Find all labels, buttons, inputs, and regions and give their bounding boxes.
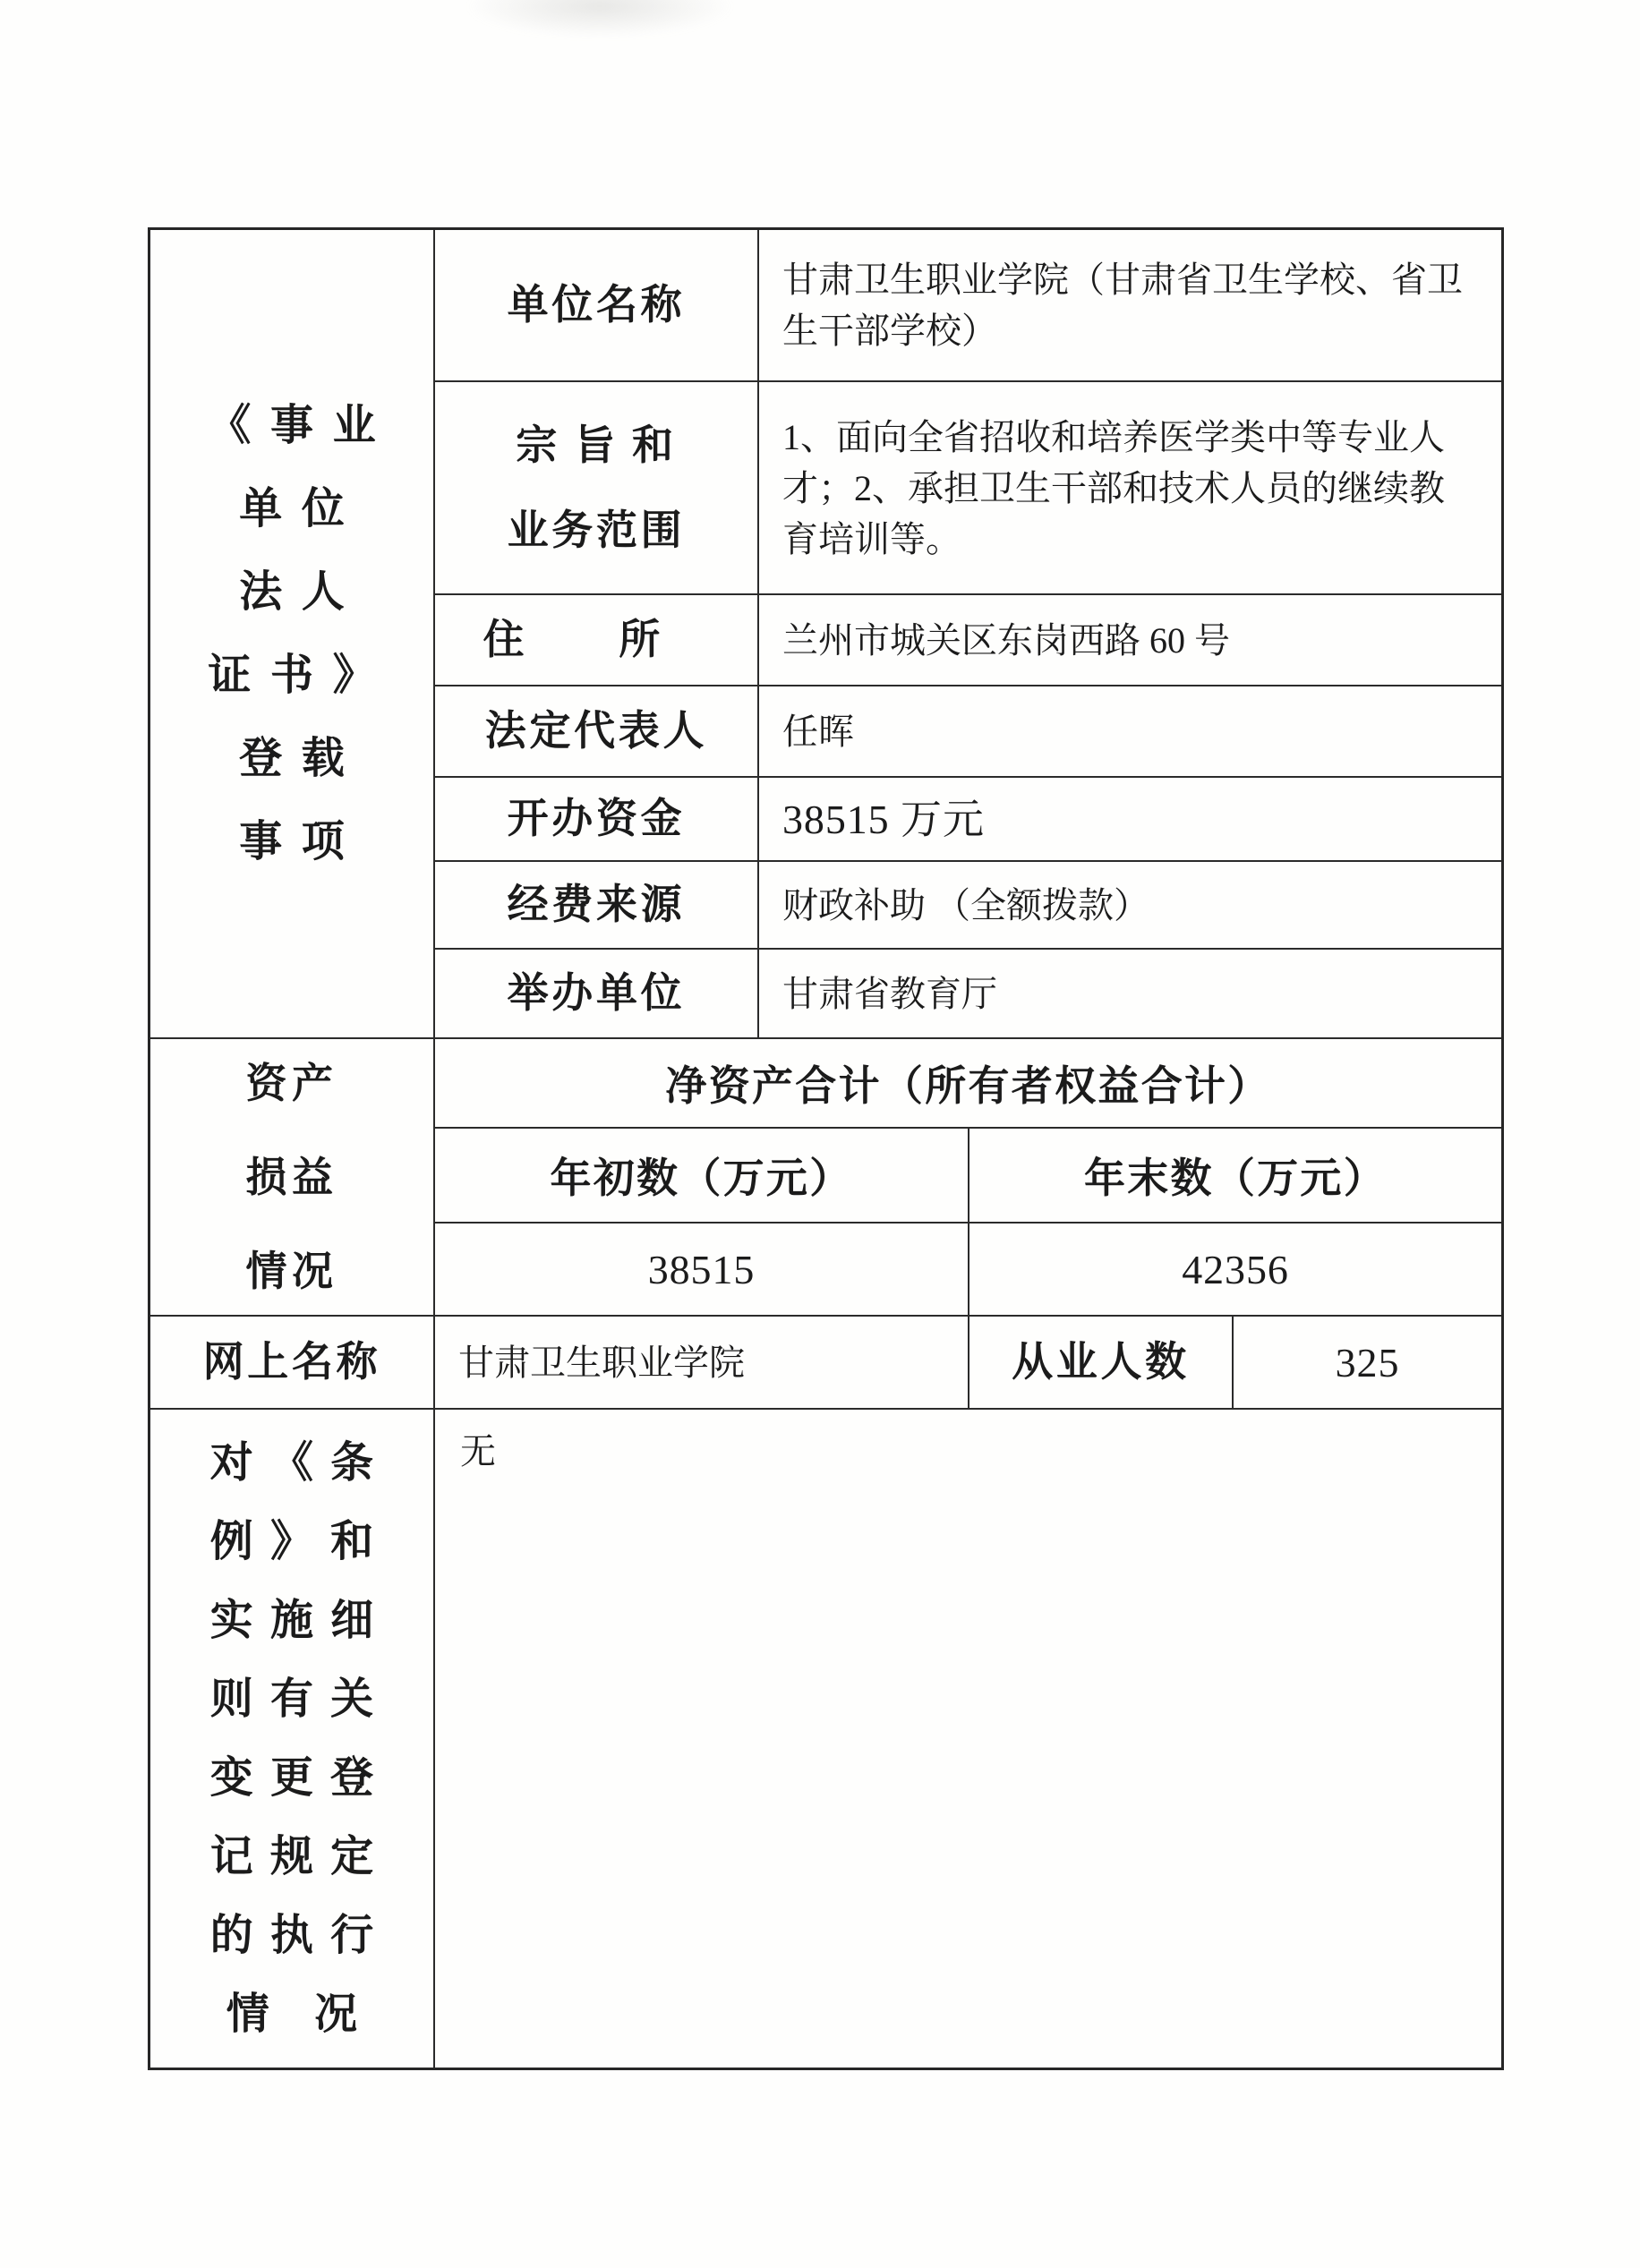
end-of-year-value-cell: 42356 xyxy=(969,1224,1501,1317)
staff-count-value-cell: 325 xyxy=(1234,1317,1501,1410)
mission-label-line: 宗 旨 和 xyxy=(516,403,676,488)
begin-of-year-value: 38515 xyxy=(648,1246,756,1293)
address-value-cell: 兰州市城关区东岗西路 60 号 xyxy=(759,595,1501,686)
compliance-header-line: 情 况 xyxy=(209,1975,375,2054)
online-name-value-cell: 甘肃卫生职业学院 xyxy=(435,1317,969,1410)
capital-value: 38515 万元 xyxy=(782,794,985,845)
scanner-smudge-artifact xyxy=(466,0,734,38)
cert-header-line: 登载 xyxy=(220,717,364,800)
mission-value: 1、面向全省招收和培养医学类中等专业人才；2、承担卫生干部和技术人员的继续教育培… xyxy=(782,412,1474,565)
unit-name-label: 单位名称 xyxy=(508,280,686,329)
address-label: 住所 xyxy=(438,615,755,664)
compliance-header-line: 对《条 xyxy=(193,1424,391,1503)
staff-count-label: 从业人数 xyxy=(1012,1337,1190,1386)
cert-header-line: 证书》 xyxy=(189,634,395,717)
funding-value-cell: 财政补助 （全额拨款） xyxy=(759,862,1501,950)
capital-value-cell: 38515 万元 xyxy=(759,778,1501,862)
funding-value: 财政补助 （全额拨款） xyxy=(782,880,1149,931)
net-assets-title: 净资产合计（所有者权益合计） xyxy=(665,1053,1270,1113)
compliance-value-cell: 无 xyxy=(435,1410,1501,2068)
end-of-year-value: 42356 xyxy=(1182,1246,1289,1293)
staff-count-value: 325 xyxy=(1336,1339,1400,1386)
address-value: 兰州市城关区东岗西路 60 号 xyxy=(782,615,1230,666)
cert-header-line: 《事业 xyxy=(189,384,395,467)
net-assets-title-cell: 净资产合计（所有者权益合计） xyxy=(435,1039,1501,1129)
compliance-header-line: 的执行 xyxy=(193,1897,391,1975)
online-name-value: 甘肃卫生职业学院 xyxy=(458,1337,745,1388)
cert-header-line: 事项 xyxy=(220,800,364,883)
legal-rep-label-cell: 法定代表人 xyxy=(435,686,759,778)
compliance-header-line: 例》和 xyxy=(193,1503,391,1582)
assets-header-line: 资产 xyxy=(245,1036,337,1130)
legal-rep-label: 法定代表人 xyxy=(485,706,707,755)
online-name-label: 网上名称 xyxy=(203,1337,381,1386)
unit-name-label-cell: 单位名称 xyxy=(435,230,759,382)
assets-header-line: 情况 xyxy=(245,1224,337,1318)
cert-items-header-cell: 《事业 单位 法人 证书》 登载 事项 xyxy=(150,230,435,1039)
end-of-year-label-cell: 年末数（万元） xyxy=(969,1129,1501,1224)
address-label-cell: 住所 xyxy=(435,595,759,686)
organizer-value: 甘肃省教育厅 xyxy=(782,968,997,1019)
mission-label-cell: 宗 旨 和 业务范围 xyxy=(435,382,759,595)
assets-header-line: 损益 xyxy=(245,1130,337,1224)
capital-label: 开办资金 xyxy=(508,794,686,843)
unit-name-value: 甘肃卫生职业学院（甘肃省卫生学校、省卫生干部学校） xyxy=(782,254,1474,356)
scanned-document-page: 《事业 单位 法人 证书》 登载 事项 单位名称 甘肃卫生职业学院（甘肃省卫生学… xyxy=(0,0,1640,2268)
compliance-header-cell: 对《条 例》和 实施细 则有关 变更登 记规定 的执行 情 况 xyxy=(150,1410,435,2068)
compliance-value: 无 xyxy=(460,1426,496,1477)
mission-label-line: 业务范围 xyxy=(508,488,686,573)
registration-form-table: 《事业 单位 法人 证书》 登载 事项 单位名称 甘肃卫生职业学院（甘肃省卫生学… xyxy=(148,227,1504,2070)
compliance-header-line: 变更登 xyxy=(193,1739,391,1818)
compliance-header-line: 记规定 xyxy=(193,1818,391,1897)
capital-label-cell: 开办资金 xyxy=(435,778,759,862)
organizer-value-cell: 甘肃省教育厅 xyxy=(759,950,1501,1039)
cert-header-line: 单位 xyxy=(220,467,364,550)
unit-name-value-cell: 甘肃卫生职业学院（甘肃省卫生学校、省卫生干部学校） xyxy=(759,230,1501,382)
legal-rep-value-cell: 任晖 xyxy=(759,686,1501,778)
legal-rep-value: 任晖 xyxy=(782,706,854,757)
organizer-label-cell: 举办单位 xyxy=(435,950,759,1039)
begin-of-year-value-cell: 38515 xyxy=(435,1224,969,1317)
mission-value-cell: 1、面向全省招收和培养医学类中等专业人才；2、承担卫生干部和技术人员的继续教育培… xyxy=(759,382,1501,595)
staff-count-label-cell: 从业人数 xyxy=(969,1317,1234,1410)
funding-label: 经费来源 xyxy=(508,880,686,929)
assets-section-header-cell: 资产 损益 情况 xyxy=(150,1039,435,1317)
compliance-header-line: 则有关 xyxy=(193,1660,391,1739)
end-of-year-label: 年末数（万元） xyxy=(1084,1146,1387,1205)
organizer-label: 举办单位 xyxy=(508,968,686,1018)
funding-label-cell: 经费来源 xyxy=(435,862,759,950)
compliance-header-line: 实施细 xyxy=(193,1582,391,1660)
begin-of-year-label: 年初数（万元） xyxy=(550,1146,852,1205)
cert-header-line: 法人 xyxy=(220,550,364,634)
online-name-label-cell: 网上名称 xyxy=(150,1317,435,1410)
begin-of-year-label-cell: 年初数（万元） xyxy=(435,1129,969,1224)
